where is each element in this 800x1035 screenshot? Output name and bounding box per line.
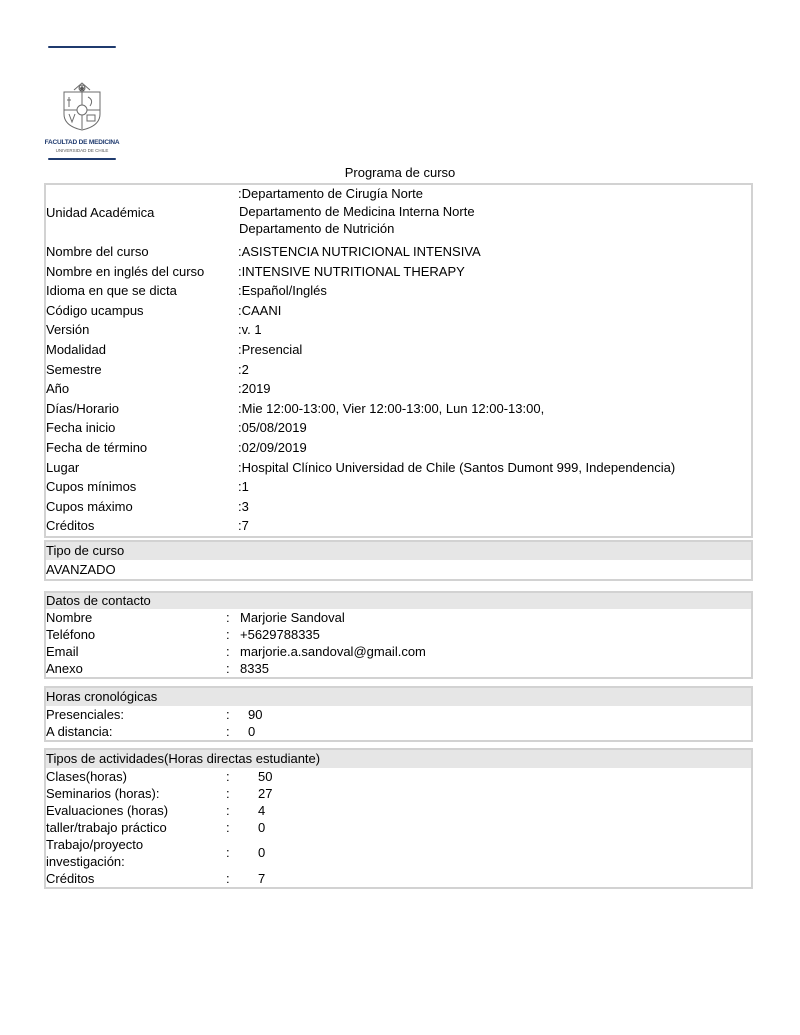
field-cupos-minimos: Cupos mínimos:1 [46,477,751,497]
field-label: Código ucampus [46,301,144,321]
field-value: :1 [238,477,249,497]
field-value: 0 [258,844,265,861]
section-header: Datos de contacto [46,593,751,609]
field-label: Trabajo/proyectoinvestigación: [46,836,143,870]
field-value: 50 [258,768,272,785]
field-value: Marjorie Sandoval [240,609,345,626]
course-type-value: AVANZADO [46,560,116,579]
field-value: 4 [258,802,265,819]
field-value: :2019 [238,379,271,399]
course-type-section: Tipo de curso AVANZADO [44,540,753,581]
section-header: Tipo de curso [46,542,751,560]
activity-row: Clases(horas):50 [46,768,751,785]
hours-section: Horas cronológicas Presenciales::90 A di… [44,686,753,742]
separator: : [226,706,230,723]
contact-row-email: Email:marjorie.a.sandoval@gmail.com [46,643,751,660]
field-value: 27 [258,785,272,802]
field-value: :INTENSIVE NUTRITIONAL THERAPY [238,262,465,282]
logo-top-rule [48,46,116,48]
field-label: Lugar [46,458,79,478]
field-label: Fecha inicio [46,418,115,438]
field-value: +5629788335 [240,626,320,643]
section-header: Horas cronológicas [46,688,751,706]
field-value: :7 [238,516,249,536]
separator: : [226,609,230,626]
field-value: 90 [248,706,262,723]
field-label: Nombre en inglés del curso [46,262,204,282]
field-value: :05/08/2019 [238,418,307,438]
field-label: Cupos máximo [46,497,133,517]
general-info-section: Unidad Académica :Departamento de Cirugí… [44,183,753,538]
field-value: :Hospital Clínico Universidad de Chile (… [238,458,675,478]
field-label: Créditos [46,516,94,536]
crest-icon [60,80,104,132]
field-value: 8335 [240,660,269,677]
field-label: Seminarios (horas): [46,785,159,802]
field-value: :Mie 12:00-13:00, Vier 12:00-13:00, Lun … [238,399,544,419]
field-creditos: Créditos:7 [46,516,751,536]
field-label: Versión [46,320,89,340]
separator: : [226,802,230,819]
field-semestre: Semestre:2 [46,360,751,380]
separator: : [226,870,230,887]
activity-row: taller/trabajo práctico:0 [46,819,751,836]
field-value: :Departamento de Cirugía Norte [238,185,423,202]
contact-row-nombre: Nombre:Marjorie Sandoval [46,609,751,626]
field-value: :Español/Inglés [238,281,327,301]
contact-section: Datos de contacto Nombre:Marjorie Sandov… [44,591,753,679]
separator: : [226,768,230,785]
separator: : [226,819,230,836]
field-value: Departamento de Medicina Interna Norte [239,203,475,220]
separator: : [226,723,230,740]
field-lugar: Lugar:Hospital Clínico Universidad de Ch… [46,458,751,478]
logo-university-name: UNIVERSIDAD DE CHILE [44,148,120,153]
field-nombre-curso: Nombre del curso:ASISTENCIA NUTRICIONAL … [46,242,751,262]
field-label: A distancia: [46,723,113,740]
field-label: Días/Horario [46,399,119,419]
field-fecha-inicio: Fecha inicio:05/08/2019 [46,418,751,438]
document-title: Programa de curso [0,165,800,180]
field-label-line: investigación: [46,854,125,869]
field-label: Teléfono [46,626,95,643]
field-label: Créditos [46,870,94,887]
field-value: :3 [238,497,249,517]
activity-row: Trabajo/proyectoinvestigación: :0 [46,836,751,870]
email-value: marjorie.a.sandoval@gmail.com [240,643,426,660]
field-label: Unidad Académica [46,203,154,222]
field-modalidad: Modalidad:Presencial [46,340,751,360]
separator: : [226,643,230,660]
field-version: Versión:v. 1 [46,320,751,340]
separator: : [226,626,230,643]
activity-row: Evaluaciones (horas):4 [46,802,751,819]
field-value: :02/09/2019 [238,438,307,458]
field-cupos-maximo: Cupos máximo:3 [46,497,751,517]
field-label: Nombre [46,609,92,626]
field-value: :2 [238,360,249,380]
field-label: Presenciales: [46,706,124,723]
field-label: Anexo [46,660,83,677]
field-horario: Días/Horario:Mie 12:00-13:00, Vier 12:00… [46,399,751,419]
field-value: :Presencial [238,340,302,360]
field-value: :v. 1 [238,320,262,340]
logo-faculty-name: FACULTAD DE MEDICINA [44,139,120,146]
field-label: Cupos mínimos [46,477,136,497]
field-value: 7 [258,870,265,887]
field-nombre-ingles: Nombre en inglés del curso:INTENSIVE NUT… [46,262,751,282]
contact-row-telefono: Teléfono:+5629788335 [46,626,751,643]
field-label: Nombre del curso [46,242,149,262]
field-label: Idioma en que se dicta [46,281,177,301]
hours-row-presenciales: Presenciales::90 [46,706,751,723]
field-idioma: Idioma en que se dicta:Español/Inglés [46,281,751,301]
field-label: Clases(horas) [46,768,127,785]
field-label: Semestre [46,360,102,380]
field-label: Evaluaciones (horas) [46,802,168,819]
field-anio: Año:2019 [46,379,751,399]
field-label: Fecha de término [46,438,147,458]
field-fecha-termino: Fecha de término:02/09/2019 [46,438,751,458]
field-unidad-academica: Unidad Académica :Departamento de Cirugí… [46,185,751,242]
field-label: Año [46,379,69,399]
separator: : [226,785,230,802]
field-value: 0 [258,819,265,836]
field-label: Email [46,643,79,660]
field-value: :ASISTENCIA NUTRICIONAL INTENSIVA [238,242,481,262]
contact-row-anexo: Anexo:8335 [46,660,751,677]
field-codigo: Código ucampus:CAANI [46,301,751,321]
activity-row: Seminarios (horas)::27 [46,785,751,802]
field-label-line: Trabajo/proyecto [46,837,143,852]
activity-row: Créditos:7 [46,870,751,887]
hours-row-distancia: A distancia::0 [46,723,751,740]
field-value: Departamento de Nutrición [239,220,394,237]
logo-bottom-rule [48,158,116,160]
activities-section: Tipos de actividades(Horas directas estu… [44,748,753,889]
section-header: Tipos de actividades(Horas directas estu… [46,750,751,768]
field-value: :CAANI [238,301,281,321]
separator: : [226,844,230,861]
faculty-logo: FACULTAD DE MEDICINA UNIVERSIDAD DE CHIL… [44,46,120,162]
separator: : [226,660,230,677]
field-label: Modalidad [46,340,106,360]
field-value: 0 [248,723,255,740]
field-label: taller/trabajo práctico [46,819,167,836]
